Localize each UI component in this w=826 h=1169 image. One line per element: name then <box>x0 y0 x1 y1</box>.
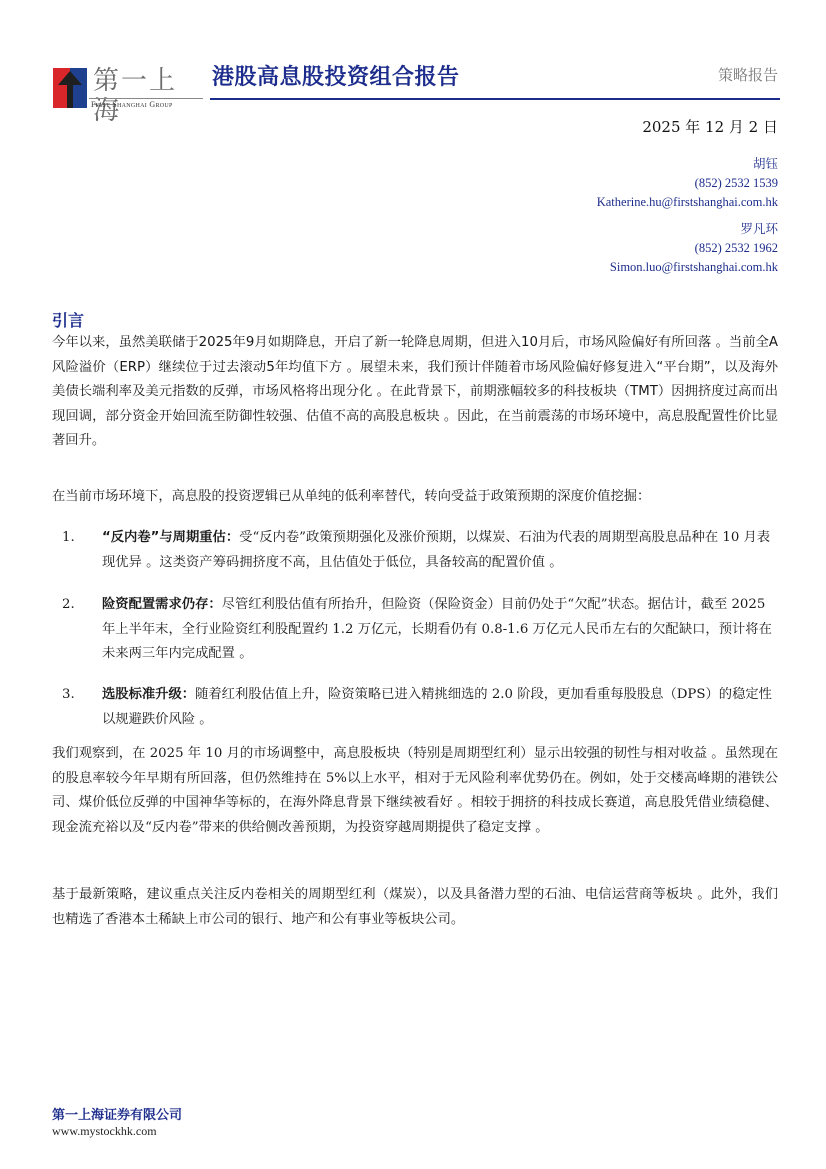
report-date: 2025 年 12 月 2 日 <box>642 116 778 137</box>
company-logo: 第一上海 First Shanghai Group <box>53 66 203 110</box>
list-item-title: 选股标准升级： <box>102 687 195 702</box>
analyst-name: 罗凡环 <box>610 220 778 239</box>
section-heading: 引言 <box>52 308 84 331</box>
list-number: 2. <box>62 593 75 618</box>
footer-website-link[interactable]: www.mystockhk.com <box>52 1124 157 1139</box>
analyst-phone: (852) 2532 1962 <box>610 239 778 258</box>
analyst-email[interactable]: Katherine.hu@firstshanghai.com.hk <box>597 193 778 212</box>
analyst-contact: 胡钰 (852) 2532 1539 Katherine.hu@firstsha… <box>597 155 778 212</box>
logic-paragraph: 在当前市场环境下，高息股的投资逻辑已从单纯的低利率替代，转向受益于政策预期的深度… <box>52 485 778 510</box>
analyst-phone: (852) 2532 1539 <box>597 174 778 193</box>
analyst-email[interactable]: Simon.luo@firstshanghai.com.hk <box>610 258 778 277</box>
header-divider <box>210 98 780 100</box>
footer-company-name: 第一上海证券有限公司 <box>52 1104 182 1123</box>
intro-paragraph: 今年以来，虽然美联储于2025年9月如期降息，开启了新一轮降息周期，但进入10月… <box>52 331 778 454</box>
list-item: 1. “反内卷”与周期重估：受“反内卷”政策预期强化及涨价预期，以煤炭、石油为代… <box>62 526 778 575</box>
analyst-name: 胡钰 <box>597 155 778 174</box>
list-item: 2. 险资配置需求仍存：尽管红利股估值有所抬升，但险资（保险资金）目前仍处于“欠… <box>62 593 778 667</box>
recommendation-paragraph: 基于最新策略，建议重点关注反内卷相关的周期型红利（煤炭），以及具备潜力型的石油、… <box>52 883 778 932</box>
list-item: 3. 选股标准升级：随着红利股估值上升，险资策略已进入精挑细选的 2.0 阶段，… <box>62 683 778 732</box>
analyst-contact: 罗凡环 (852) 2532 1962 Simon.luo@firstshang… <box>610 220 778 277</box>
list-number: 3. <box>62 683 75 708</box>
logo-chinese-text: 第一上海 <box>93 66 203 126</box>
list-item-title: 险资配置需求仍存： <box>102 597 222 612</box>
observation-paragraph: 我们观察到，在 2025 年 10 月的市场调整中，高息股板块（特别是周期型红利… <box>52 742 778 840</box>
report-type: 策略报告 <box>718 64 778 85</box>
logo-divider <box>89 98 203 99</box>
list-item-title: “反内卷”与周期重估： <box>102 530 239 545</box>
report-title: 港股高息股投资组合报告 <box>212 60 460 91</box>
logo-english-text: First Shanghai Group <box>91 100 173 109</box>
list-number: 1. <box>62 526 75 551</box>
logo-mark-icon <box>53 68 87 108</box>
list-item-text: 随着红利股估值上升，险资策略已进入精挑细选的 2.0 阶段，更加看重每股股息（D… <box>102 687 772 727</box>
